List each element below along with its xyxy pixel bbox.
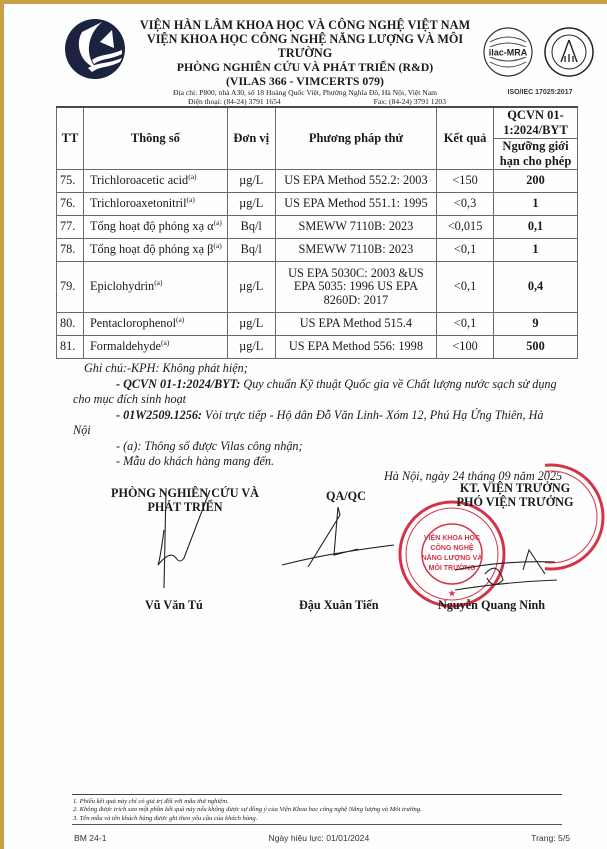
iso-standard-label: ISO/IEC 17025:2017: [480, 89, 600, 96]
signature-dau-xuan-tien-icon: [278, 495, 398, 570]
unit: µg/L: [227, 262, 275, 313]
unit: µg/L: [227, 193, 275, 216]
result-value: <0,3: [437, 193, 494, 216]
header-phone: Điện thoại: (84-24) 3791 1654: [188, 97, 281, 106]
table-row: 78.Tổng hoạt độ phóng xạ β(a)Bq/lSMEWW 7…: [57, 239, 578, 262]
result-value: <0,015: [437, 216, 494, 239]
header-line-department: PHÒNG NGHIÊN CỨU VÀ PHÁT TRIỂN (R&D): [130, 60, 480, 74]
col-header-standard: QCVN 01-1:2024/BYT: [494, 107, 578, 139]
unit: µg/L: [227, 170, 275, 193]
page-number: Trang: 5/5: [531, 833, 570, 843]
col-header-limit: Ngưỡng giới hạn cho phép: [494, 139, 578, 170]
note-sample: - 01W2509.1256: Vòi trực tiếp - Hộ dân Đ…: [84, 408, 574, 424]
table-row: 76.Trichloroaxetonitril(a)µg/LUS EPA Met…: [57, 193, 578, 216]
row-number: 80.: [57, 313, 84, 336]
note-vilas: - (a): Thông số được Vilas công nhận;: [84, 439, 574, 455]
row-number: 78.: [57, 239, 84, 262]
notes-section: Ghi chú:-KPH: Không phát hiện; - QCVN 01…: [84, 361, 574, 470]
limit-value: 1: [494, 193, 578, 216]
result-value: <0,1: [437, 262, 494, 313]
footer-note-2: 2. Không được trích sao một phần kết quả…: [73, 806, 593, 814]
note-kph: Ghi chú:-KPH: Không phát hiện;: [84, 361, 574, 377]
limit-value: 0,4: [494, 262, 578, 313]
test-method: US EPA 5030C: 2003 &US EPA 5035: 1996 US…: [275, 262, 436, 313]
table-row: 79.Epiclohydrin(a)µg/LUS EPA 5030C: 2003…: [57, 262, 578, 313]
row-number: 76.: [57, 193, 84, 216]
form-code: BM 24-1: [74, 833, 106, 843]
note-customer-sample: - Mẫu do khách hàng mang đến.: [84, 454, 574, 470]
test-method: SMEWW 7110B: 2023: [275, 216, 436, 239]
header-fax: Fax: (84-24) 3791 1203: [374, 97, 446, 106]
parameter-name: Pentaclorophenol(a): [83, 313, 227, 336]
parameter-name: Trichloroacetic acid(a): [83, 170, 227, 193]
result-value: <0,1: [437, 313, 494, 336]
signer-name-dau-xuan-tien: Đậu Xuân Tiến: [299, 598, 378, 613]
footer-note-1: 1. Phiếu kết quả này chỉ có giá trị đối …: [73, 798, 593, 806]
institute-header: VIỆN HÀN LÂM KHOA HỌC VÀ CÔNG NGHỆ VIỆT …: [130, 18, 480, 106]
limit-value: 0,1: [494, 216, 578, 239]
table-row: 77.Tổng hoạt độ phóng xạ α(a)Bq/lSMEWW 7…: [57, 216, 578, 239]
header-line-academy: VIỆN HÀN LÂM KHOA HỌC VÀ CÔNG NGHỆ VIỆT …: [130, 18, 480, 32]
header-line-accreditation: (VILAS 366 - VIMCERTS 079): [130, 74, 480, 88]
footer-notes: 1. Phiếu kết quả này chỉ có giá trị đối …: [73, 798, 593, 823]
bureau-of-accreditation-icon: [543, 26, 595, 78]
unit: Bq/l: [227, 239, 275, 262]
signature-vu-van-tu-icon: [150, 490, 240, 590]
row-number: 81.: [57, 336, 84, 359]
note-qcvn: - QCVN 01-1:2024/BYT: Quy chuẩn Kỹ thuật…: [84, 377, 574, 393]
table-row: 80.Pentaclorophenol(a)µg/LUS EPA Method …: [57, 313, 578, 336]
signer-title-director: KT. VIỆN TRƯỞNG PHÓ VIỆN TRƯỞNG: [420, 481, 607, 509]
test-method: US EPA Method 515.4: [275, 313, 436, 336]
col-header-result: Kết quả: [437, 107, 494, 170]
effective-date: Ngày hiệu lực: 01/01/2024: [268, 833, 369, 843]
footer-divider: [72, 794, 562, 795]
parameter-name: Tổng hoạt độ phóng xạ β(a): [83, 239, 227, 262]
result-value: <0,1: [437, 239, 494, 262]
unit: µg/L: [227, 313, 275, 336]
result-value: <150: [437, 170, 494, 193]
svg-text:ilac-MRA: ilac-MRA: [489, 48, 528, 58]
header-line-institute: VIỆN KHOA HỌC CÔNG NGHỆ NĂNG LƯỢNG VÀ MÔ…: [130, 32, 480, 60]
results-table: TT Thông số Đơn vị Phương pháp thử Kết q…: [56, 106, 578, 359]
row-number: 75.: [57, 170, 84, 193]
signer-name-nguyen-quang-ninh: Nguyễn Quang Ninh: [438, 598, 545, 613]
footer-bar: BM 24-1 Ngày hiệu lực: 01/01/2024 Trang:…: [74, 833, 570, 843]
test-method: US EPA Method 556: 1998: [275, 336, 436, 359]
limit-value: 500: [494, 336, 578, 359]
result-value: <100: [437, 336, 494, 359]
unit: µg/L: [227, 336, 275, 359]
test-method: US EPA Method 552.2: 2003: [275, 170, 436, 193]
limit-value: 1: [494, 239, 578, 262]
parameter-name: Epiclohydrin(a): [83, 262, 227, 313]
test-method: US EPA Method 551.1: 1995: [275, 193, 436, 216]
table-row: 75.Trichloroacetic acid(a)µg/LUS EPA Met…: [57, 170, 578, 193]
signature-nguyen-quang-ninh-icon: [445, 540, 565, 600]
parameter-name: Tổng hoạt độ phóng xạ α(a): [83, 216, 227, 239]
limit-value: 200: [494, 170, 578, 193]
note-sample-continued: Nội: [73, 423, 574, 439]
footer-note-3: 3. Tên mẫu và tên khách hàng được ghi th…: [73, 815, 593, 823]
test-method: SMEWW 7110B: 2023: [275, 239, 436, 262]
col-header-method: Phương pháp thử: [275, 107, 436, 170]
institute-logo-icon: [62, 16, 128, 82]
table-row: 81.Formaldehyde(a)µg/LUS EPA Method 556:…: [57, 336, 578, 359]
col-header-parameter: Thông số: [83, 107, 227, 170]
row-number: 77.: [57, 216, 84, 239]
unit: Bq/l: [227, 216, 275, 239]
col-header-tt: TT: [57, 107, 84, 170]
header-address: Địa chỉ: P800, nhà A30, số 18 Hoàng Quốc…: [130, 88, 480, 97]
parameter-name: Trichloroaxetonitril(a): [83, 193, 227, 216]
parameter-name: Formaldehyde(a): [83, 336, 227, 359]
signer-name-vu-van-tu: Vũ Văn Tú: [145, 598, 203, 613]
row-number: 79.: [57, 262, 84, 313]
limit-value: 9: [494, 313, 578, 336]
note-qcvn-continued: cho mục đích sinh hoạt: [73, 392, 574, 408]
ilac-mra-icon: ilac-MRA: [482, 26, 534, 78]
col-header-unit: Đơn vị: [227, 107, 275, 170]
footer-divider-bottom: [72, 824, 562, 825]
